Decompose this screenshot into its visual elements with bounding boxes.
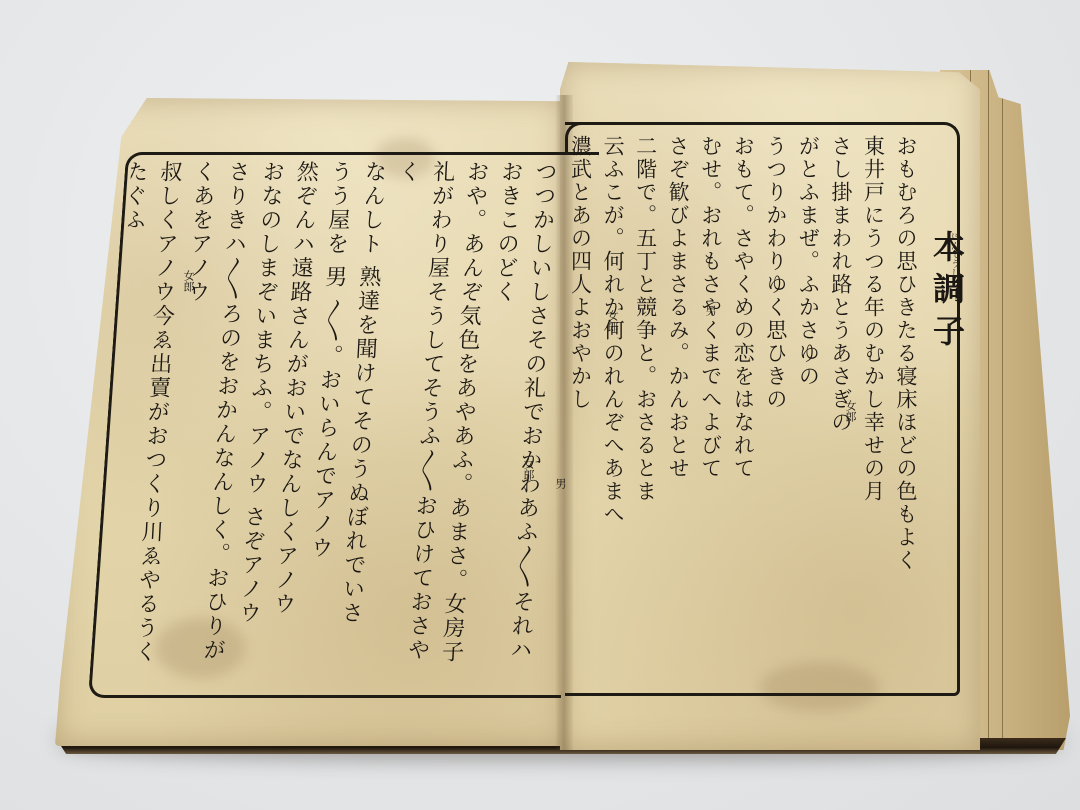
photo-background: 本調子 ほんてうし おもむろの思ひきたる寝床ほどの色もよく 東井戸にうつる年のむ… (0, 0, 1080, 810)
right-page-text: おもむろの思ひきたる寝床ほどの色もよく 東井戸にうつる年のむかし幸せの月 さし掛… (572, 135, 922, 685)
text-column: うつりかわりゆく思ひきの (759, 135, 792, 685)
text-column: さぞ歓びよまさるみ。かんおとせ (662, 135, 695, 685)
speaker-mark: 男 (552, 478, 568, 489)
speaker-mark: 男 (702, 305, 718, 316)
text-column: 東井戸にうつる年のむかし幸せの月 (857, 135, 890, 685)
heading-furigana: ほんてうし (948, 232, 961, 277)
text-column: 濃武とあの四人よおやかし (572, 135, 597, 685)
chapter-heading: 本調子 (924, 230, 970, 356)
speaker-mark: 女郎 (520, 458, 536, 480)
text-column: おもて。さやくめの恋をはなれて (727, 135, 760, 685)
text-column: 云ふこが。何れか何のれんぞへあまへ (597, 135, 630, 685)
speaker-mark: 女郎 (180, 270, 196, 292)
text-column: おもむろの思ひきたる寝床ほどの色もよく (889, 135, 922, 685)
text-column: がとふまぜ。ふかさゆの (792, 135, 825, 685)
speaker-mark: 女郎 (604, 310, 620, 332)
text-column: むせ。おれもさやくまでへよびて (694, 135, 727, 685)
left-page-text: つつかしいしさその礼でおかわあふ〳〵それハおきこのどく おや。あんぞ気色をあやあ… (104, 160, 561, 680)
speaker-mark: 女郎 (842, 400, 858, 422)
text-column: 二階で。五丁と競争と。おさるとま (629, 135, 662, 685)
